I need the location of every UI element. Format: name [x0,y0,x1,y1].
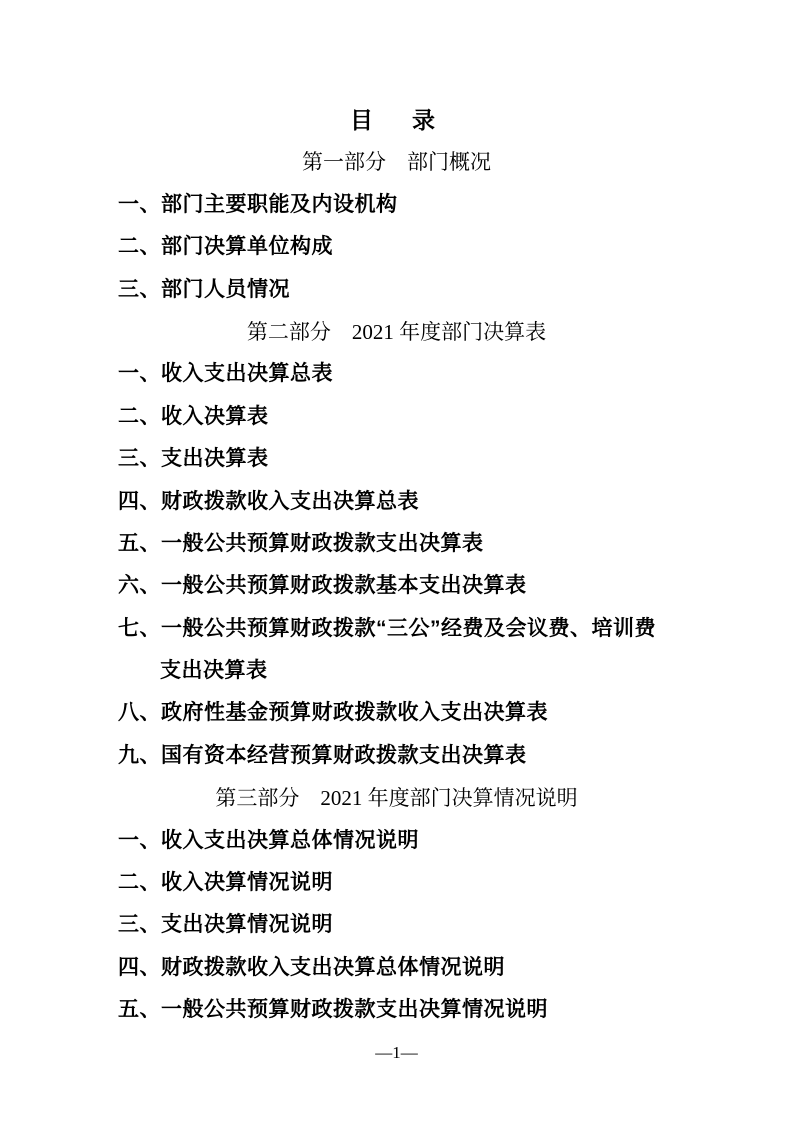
toc-item: 二、部门决算单位构成 [0,226,793,268]
page-number: —1— [0,1032,793,1074]
toc-item: 四、财政拨款收入支出决算总表 [0,481,793,523]
toc-item: 八、政府性基金预算财政拨款收入支出决算表 [0,692,793,734]
toc-item: 四、财政拨款收入支出决算总体情况说明 [0,947,793,989]
section-heading-part3: 第三部分 2021 年度部门决算情况说明 [0,777,793,819]
toc-item: 五、一般公共预算财政拨款支出决算情况说明 [0,989,793,1031]
toc-item: 一、部门主要职能及内设机构 [0,184,793,226]
toc-item: 三、部门人员情况 [0,269,793,311]
toc-item: 七、一般公共预算财政拨款“三公”经费及会议费、培训费 [0,608,793,650]
toc-item-continuation: 支出决算表 [0,650,793,692]
section-heading-part2: 第二部分 2021 年度部门决算表 [0,311,793,353]
toc-item: 三、支出决算情况说明 [0,904,793,946]
toc-item: 三、支出决算表 [0,438,793,480]
toc-item: 一、收入支出决算总体情况说明 [0,820,793,862]
toc-page: 目 录 第一部分 部门概况 一、部门主要职能及内设机构 二、部门决算单位构成 三… [0,0,793,1122]
toc-item: 五、一般公共预算财政拨款支出决算表 [0,523,793,565]
toc-item: 二、收入决算表 [0,396,793,438]
toc-item: 二、收入决算情况说明 [0,862,793,904]
toc-item: 六、一般公共预算财政拨款基本支出决算表 [0,565,793,607]
section-heading-part1: 第一部分 部门概况 [0,141,793,183]
toc-item: 一、收入支出决算总表 [0,353,793,395]
toc-item: 九、国有资本经营预算财政拨款支出决算表 [0,735,793,777]
toc-title: 目 录 [0,99,793,141]
